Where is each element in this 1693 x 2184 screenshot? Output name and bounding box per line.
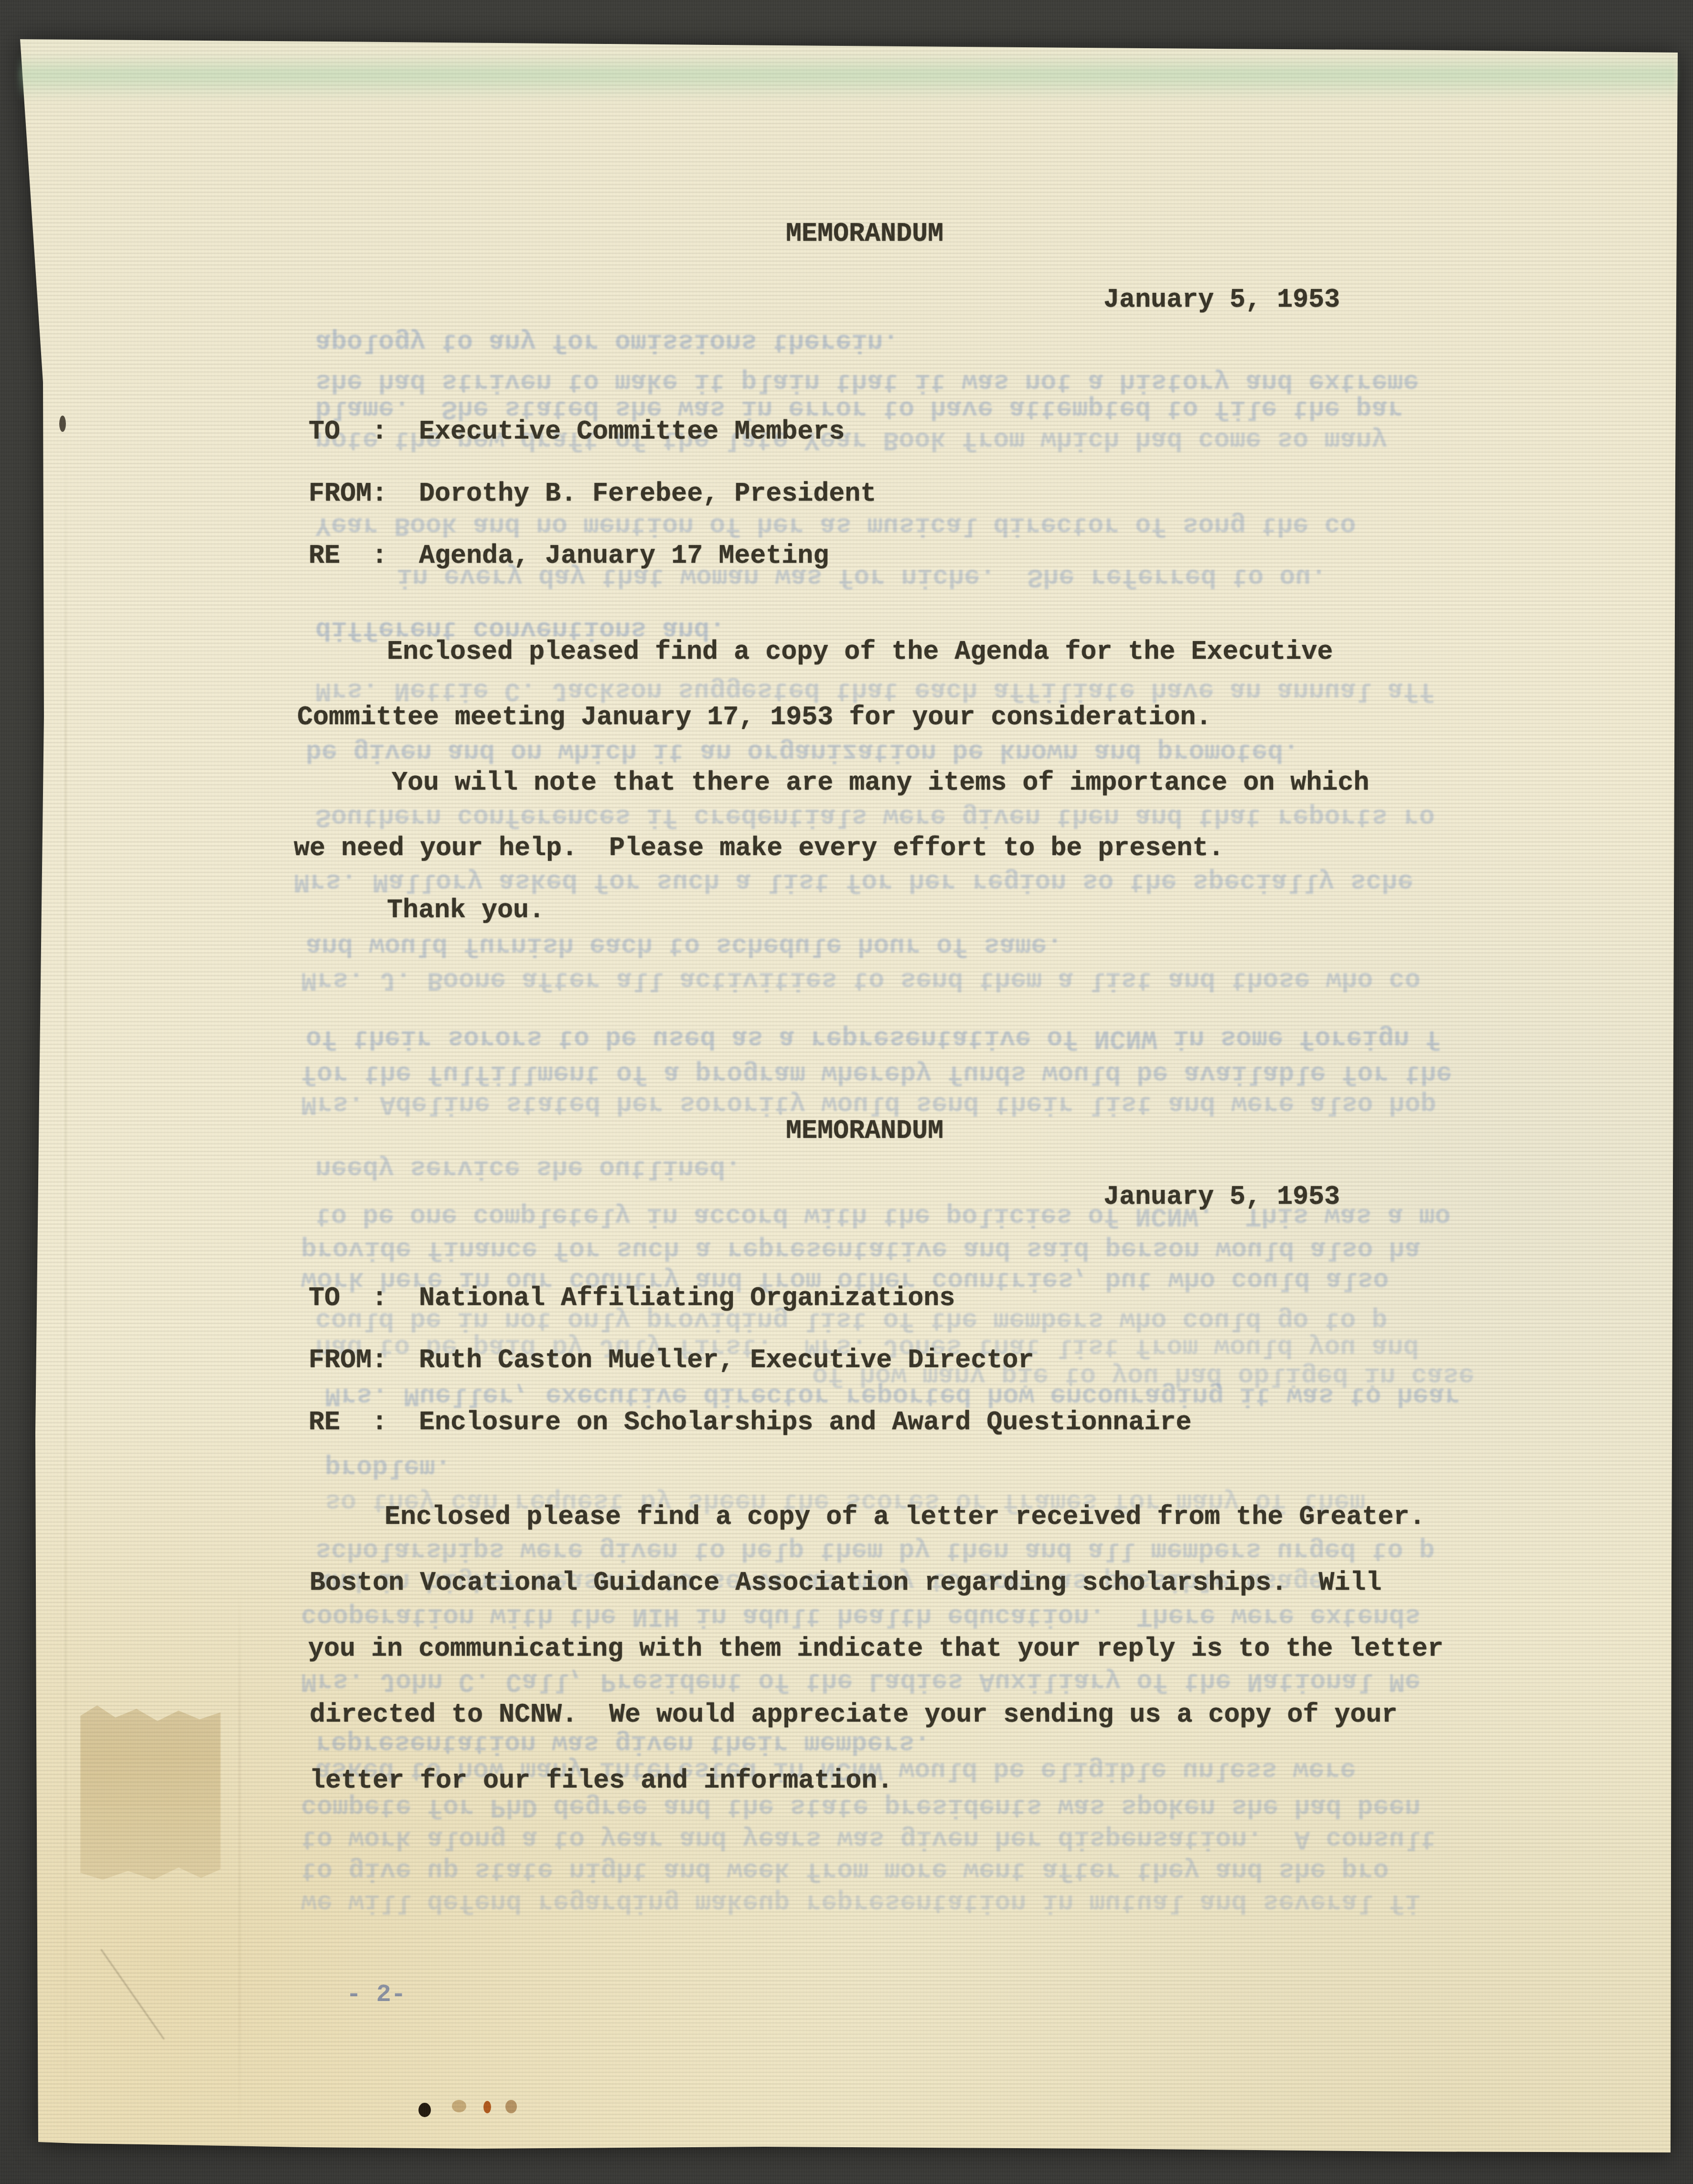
ghost-line-17: needy service she outlined. <box>315 1155 741 1181</box>
ghost-line-10: Southern conferences if credentials were… <box>315 803 1435 830</box>
memo2-title: MEMORANDUM <box>786 1118 943 1144</box>
memo2-body-line-5: letter for our files and information. <box>310 1767 893 1794</box>
page-number: - 2- <box>346 1981 406 2008</box>
memo1-to-line: TO : Executive Committee Members <box>309 418 845 445</box>
memo1-date: January 5, 1953 <box>1104 287 1340 313</box>
ghost-line-11: Mrs. Mallory asked for such a list for h… <box>294 868 1413 895</box>
paper-crease-vertical-1 <box>65 430 66 2130</box>
speck-ink-left-margin <box>59 416 66 432</box>
memo2-body-line-3: you in communicating with them indicate … <box>308 1636 1443 1662</box>
ghost-line-35: to give up state night and week from mor… <box>301 1857 1389 1884</box>
scanner-tint-band <box>19 54 1677 100</box>
ghost-line-16: Mrs. Adeline stated her sorority would s… <box>301 1091 1436 1117</box>
speck-hole-4 <box>505 2100 517 2113</box>
memo2-body-line-2: Boston Vocational Guidance Association r… <box>310 1570 1382 1596</box>
ghost-line-34: to work along a to year and years was gi… <box>301 1826 1436 1852</box>
ghost-line-12: and would furnish each to schedule hour … <box>306 932 1062 959</box>
ghost-line-24: Mrs. Mueller, executive director reporte… <box>325 1382 1460 1409</box>
ghost-line-9: be given and on which it an organization… <box>306 739 1299 765</box>
ghost-line-30: Mrs. John C. Call, President of the Ladi… <box>301 1668 1420 1694</box>
ghost-line-33: compete for PhD degree and the state pre… <box>301 1794 1420 1820</box>
tape-mark <box>80 1705 221 1880</box>
ghost-line-29: cooperation with the NIH in adult health… <box>301 1603 1420 1629</box>
memo2-re-line: RE : Enclosure on Scholarships and Award… <box>309 1409 1191 1435</box>
memo2-body-line-1: Enclosed please find a copy of a letter … <box>385 1504 1425 1530</box>
ghost-line-14: of their sorors to be used as a represen… <box>306 1025 1441 1051</box>
ghost-line-27: scholarships were given to help them by … <box>315 1537 1435 1563</box>
ghost-line-8: Mrs. Nettie C. Jackson suggested that ea… <box>315 677 1435 704</box>
ghost-line-25: problem. <box>325 1454 451 1480</box>
memo1-re-line: RE : Agenda, January 17 Meeting <box>309 543 829 569</box>
memo1-body-line-1: Enclosed pleased find a copy of the Agen… <box>387 639 1333 665</box>
memo1-body-line-4: we need your help. Please make every eff… <box>294 835 1224 861</box>
ghost-line-13: Mrs. J. Boone after all activities to se… <box>301 967 1420 993</box>
speck-hole-1 <box>418 2103 431 2117</box>
memo1-title: MEMORANDUM <box>786 221 943 247</box>
scanned-memorandum-page: apology to any for omissions therein.she… <box>0 0 1693 2184</box>
speck-hole-2 <box>452 2100 466 2112</box>
speck-hole-3 <box>483 2101 491 2113</box>
memo1-body-line-2: Committee meeting January 17, 1953 for y… <box>297 704 1211 730</box>
memo1-body-line-3: You will note that there are many items … <box>392 770 1369 796</box>
paper-crease-vertical-2 <box>239 1586 240 2135</box>
ghost-line-1: apology to any for omissions therein. <box>315 329 899 355</box>
memo2-body-line-4: directed to NCNW. We would appreciate yo… <box>310 1702 1397 1728</box>
memo1-from-line: FROM: Dorothy B. Ferebee, President <box>309 481 876 507</box>
ghost-line-31: representation was given their members. <box>315 1730 930 1756</box>
memo2-date: January 5, 1953 <box>1104 1184 1340 1210</box>
ghost-line-36: we will defend regarding makeup represen… <box>301 1889 1420 1916</box>
memo1-body-line-5: Thank you. <box>387 897 545 923</box>
memo2-to-line: TO : National Affiliating Organizations <box>309 1285 955 1311</box>
ghost-line-5: Year Book and no mention of her as music… <box>315 512 1356 538</box>
ghost-line-2: she had striven to make it plain that it… <box>315 369 1419 395</box>
ghost-line-19: provide finance for such a representativ… <box>301 1236 1420 1263</box>
memo2-from-line: FROM: Ruth Caston Mueller, Executive Dir… <box>309 1347 1034 1373</box>
ghost-line-15: for the fulfillment of a program whereby… <box>301 1060 1452 1087</box>
